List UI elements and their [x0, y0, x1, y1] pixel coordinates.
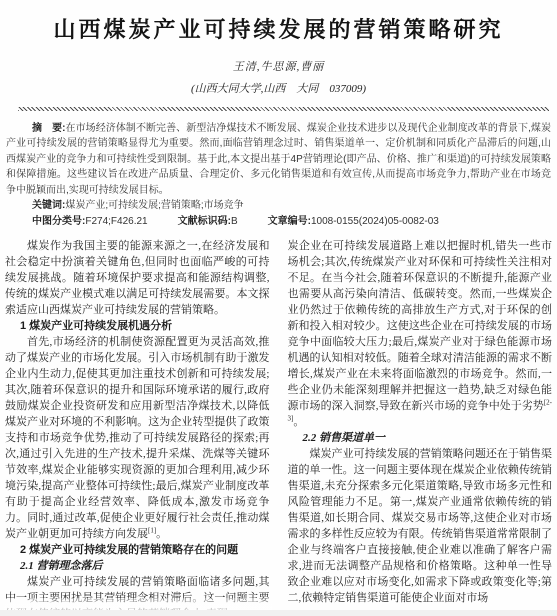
citation-ref-1: [1]: [148, 527, 156, 535]
right-column: 炭企业在可持续发展道路上难以把握时机,错失一些市场机会;其次,传统煤炭产业对环保…: [288, 238, 553, 616]
section-2-2-paragraph: 煤炭产业可持续发展的营销策略问题还在于销售渠道的单一性。这一问题主要体现在煤炭企…: [288, 446, 553, 606]
classification-line: 中图分类号:F274;F426.21文献标识码:B文章编号:1008-0155(…: [6, 214, 551, 230]
body-columns: 煤炭作为我国主要的能源来源之一,在经济发展和社会稳定中扮演着关键角色,但同时也面…: [0, 238, 557, 616]
subsection-heading-2-1: 2.1 营销理念落后: [5, 558, 270, 574]
section-1-paragraph: 首先,市场经济的机制使资源配置更为灵活高效,推动了煤炭产业的市场化发展。引入市场…: [5, 334, 270, 542]
clc-number: 中图分类号:F274;F426.21: [32, 216, 148, 227]
left-column: 煤炭作为我国主要的能源来源之一,在经济发展和社会稳定中扮演着关键角色,但同时也面…: [5, 238, 270, 616]
keywords-line: 关键词:煤炭产业;可持续发展;营销策略;市场竞争: [6, 198, 551, 214]
subsection-heading-2-2: 2.2 销售渠道单一: [288, 430, 553, 446]
abstract-label: 摘 要:: [32, 123, 66, 134]
intro-paragraph: 煤炭作为我国主要的能源来源之一,在经济发展和社会稳定中扮演着关键角色,但同时也面…: [5, 238, 270, 318]
abstract-text: 在市场经济体制不断完善、新型洁净煤技术不断发展、煤炭企业技术进步以及现代企业制度…: [6, 123, 551, 196]
keywords-label: 关键词:: [32, 200, 65, 211]
continued-paragraph: 炭企业在可持续发展道路上难以把握时机,错失一些市场机会;其次,传统煤炭产业对环保…: [288, 238, 553, 430]
section-heading-2: 2 煤炭产业可持续发展的营销策略存在的问题: [5, 542, 270, 558]
page-bottom-edge: [0, 610, 557, 616]
article-id: 文章编号:1008-0155(2024)05-0082-03: [268, 216, 439, 227]
abstract-block: 摘 要:在市场经济体制不断完善、新型洁净煤技术不断发展、煤炭企业技术进步以及现代…: [6, 121, 551, 230]
affiliation: (山西大同大学,山西 大同 037009): [0, 80, 557, 96]
hatched-divider: [18, 107, 549, 111]
section-heading-1: 1 煤炭产业可持续发展机遇分析: [5, 318, 270, 334]
abstract-paragraph: 摘 要:在市场经济体制不断完善、新型洁净煤技术不断发展、煤炭企业技术进步以及现代…: [6, 121, 551, 199]
authors: 王清,牛思源,曹丽: [0, 58, 557, 74]
keywords-text: 煤炭产业;可持续发展;营销策略;市场竞争: [65, 200, 243, 211]
paper-title: 山西煤炭产业可持续发展的营销策略研究: [0, 0, 557, 45]
paper-page: 山西煤炭产业可持续发展的营销策略研究 王清,牛思源,曹丽 (山西大同大学,山西 …: [0, 0, 557, 616]
document-code: 文献标识码:B: [178, 216, 238, 227]
